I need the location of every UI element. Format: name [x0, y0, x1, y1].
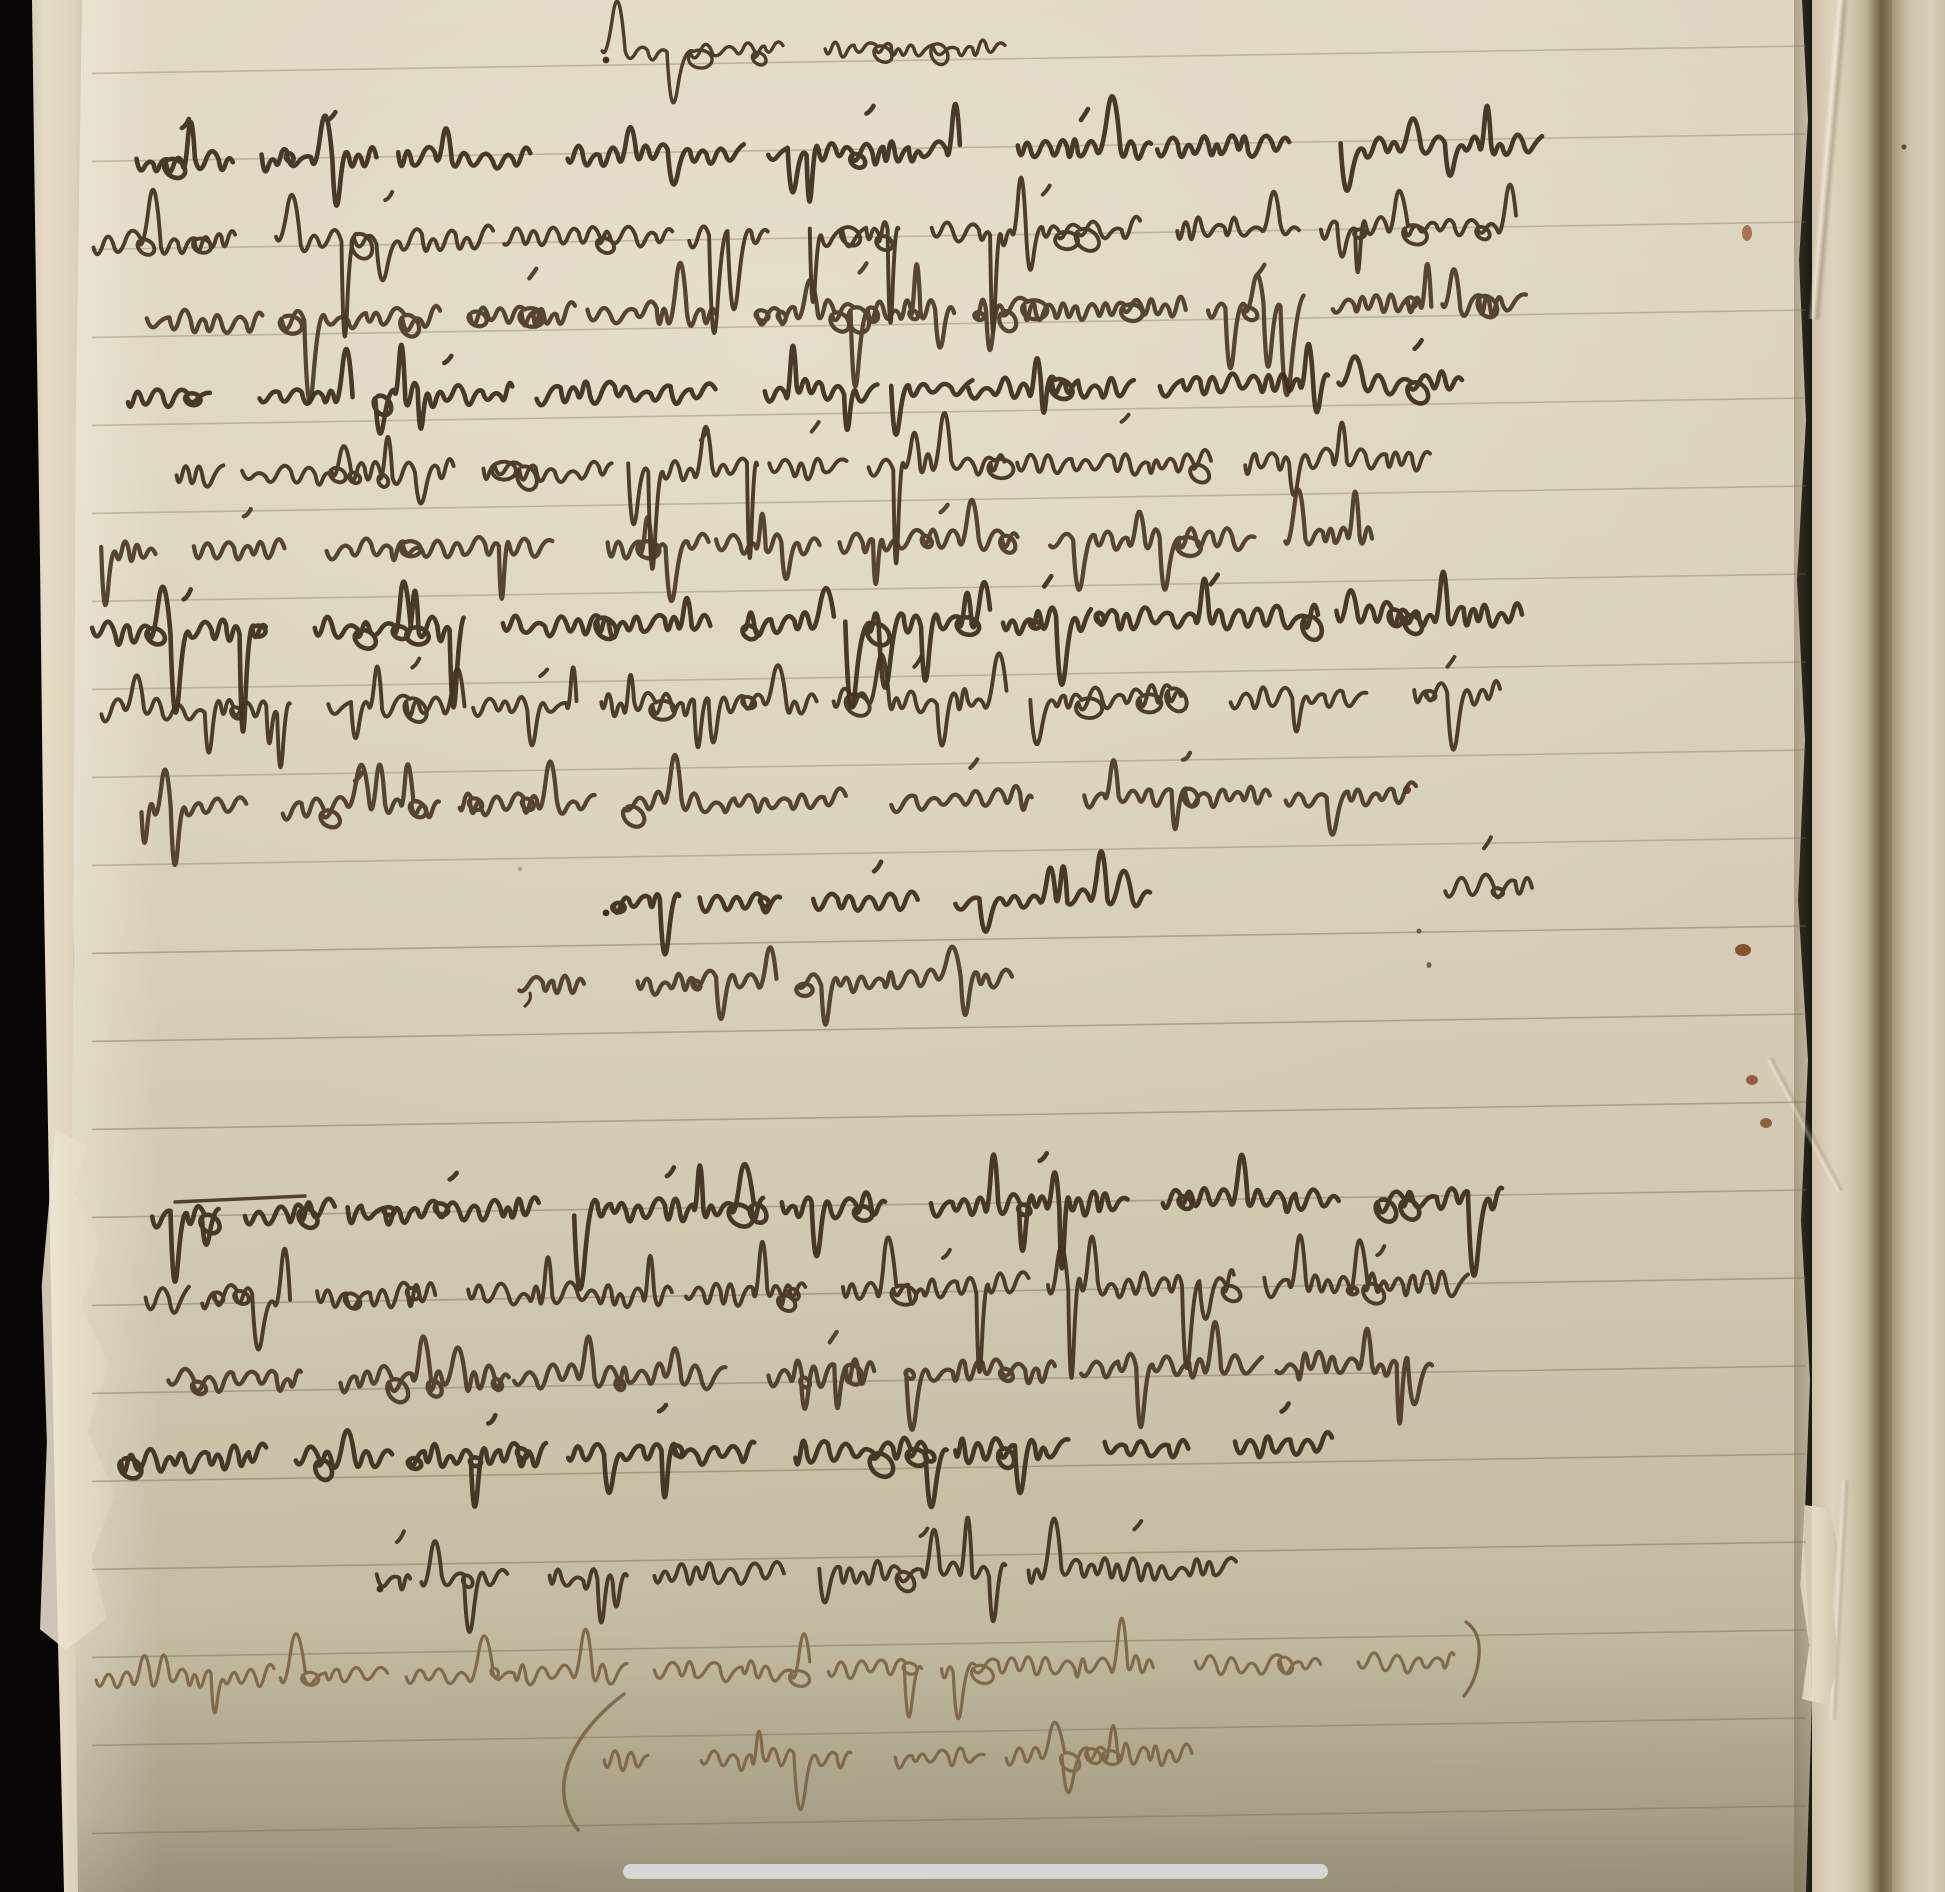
handwritten-line-p1-l1	[137, 96, 1543, 205]
ink-spots	[518, 145, 1907, 1129]
handwritten-line-p1-l10	[612, 851, 1150, 954]
handwritten-line-close-l1	[96, 1618, 1454, 1718]
manuscript-scan: { "document": { "kind": "Scanned page of…	[0, 0, 1945, 1892]
handwritten-line-p1-l10-word	[1445, 837, 1532, 897]
handwritten-line-p1-l11	[519, 947, 1012, 1025]
handwriting-layer	[0, 0, 1945, 1892]
handwritten-line-p1-l6	[101, 490, 1372, 606]
handwritten-line-p1-l3	[147, 263, 1526, 401]
handwritten-line-heading	[602, 1, 1005, 103]
handwritten-line-p2-l4	[119, 1404, 1332, 1507]
flourish-closing-paren	[564, 1694, 624, 1830]
horizontal-scroll-indicator[interactable]	[623, 1864, 1328, 1879]
handwritten-line-p2-l2	[146, 1235, 1468, 1377]
handwritten-line-p2-l3	[168, 1322, 1432, 1430]
handwritten-line-p2-l1	[152, 1153, 1502, 1289]
handwriting-lines	[92, 1, 1542, 1830]
handwritten-line-p1-l2	[94, 178, 1517, 337]
handwritten-line-p1-l9	[142, 753, 1417, 865]
handwritten-line-p1-l4	[128, 340, 1462, 434]
handwritten-line-p2-l5	[377, 1518, 1236, 1632]
flourish-strike-mark	[175, 1196, 305, 1202]
